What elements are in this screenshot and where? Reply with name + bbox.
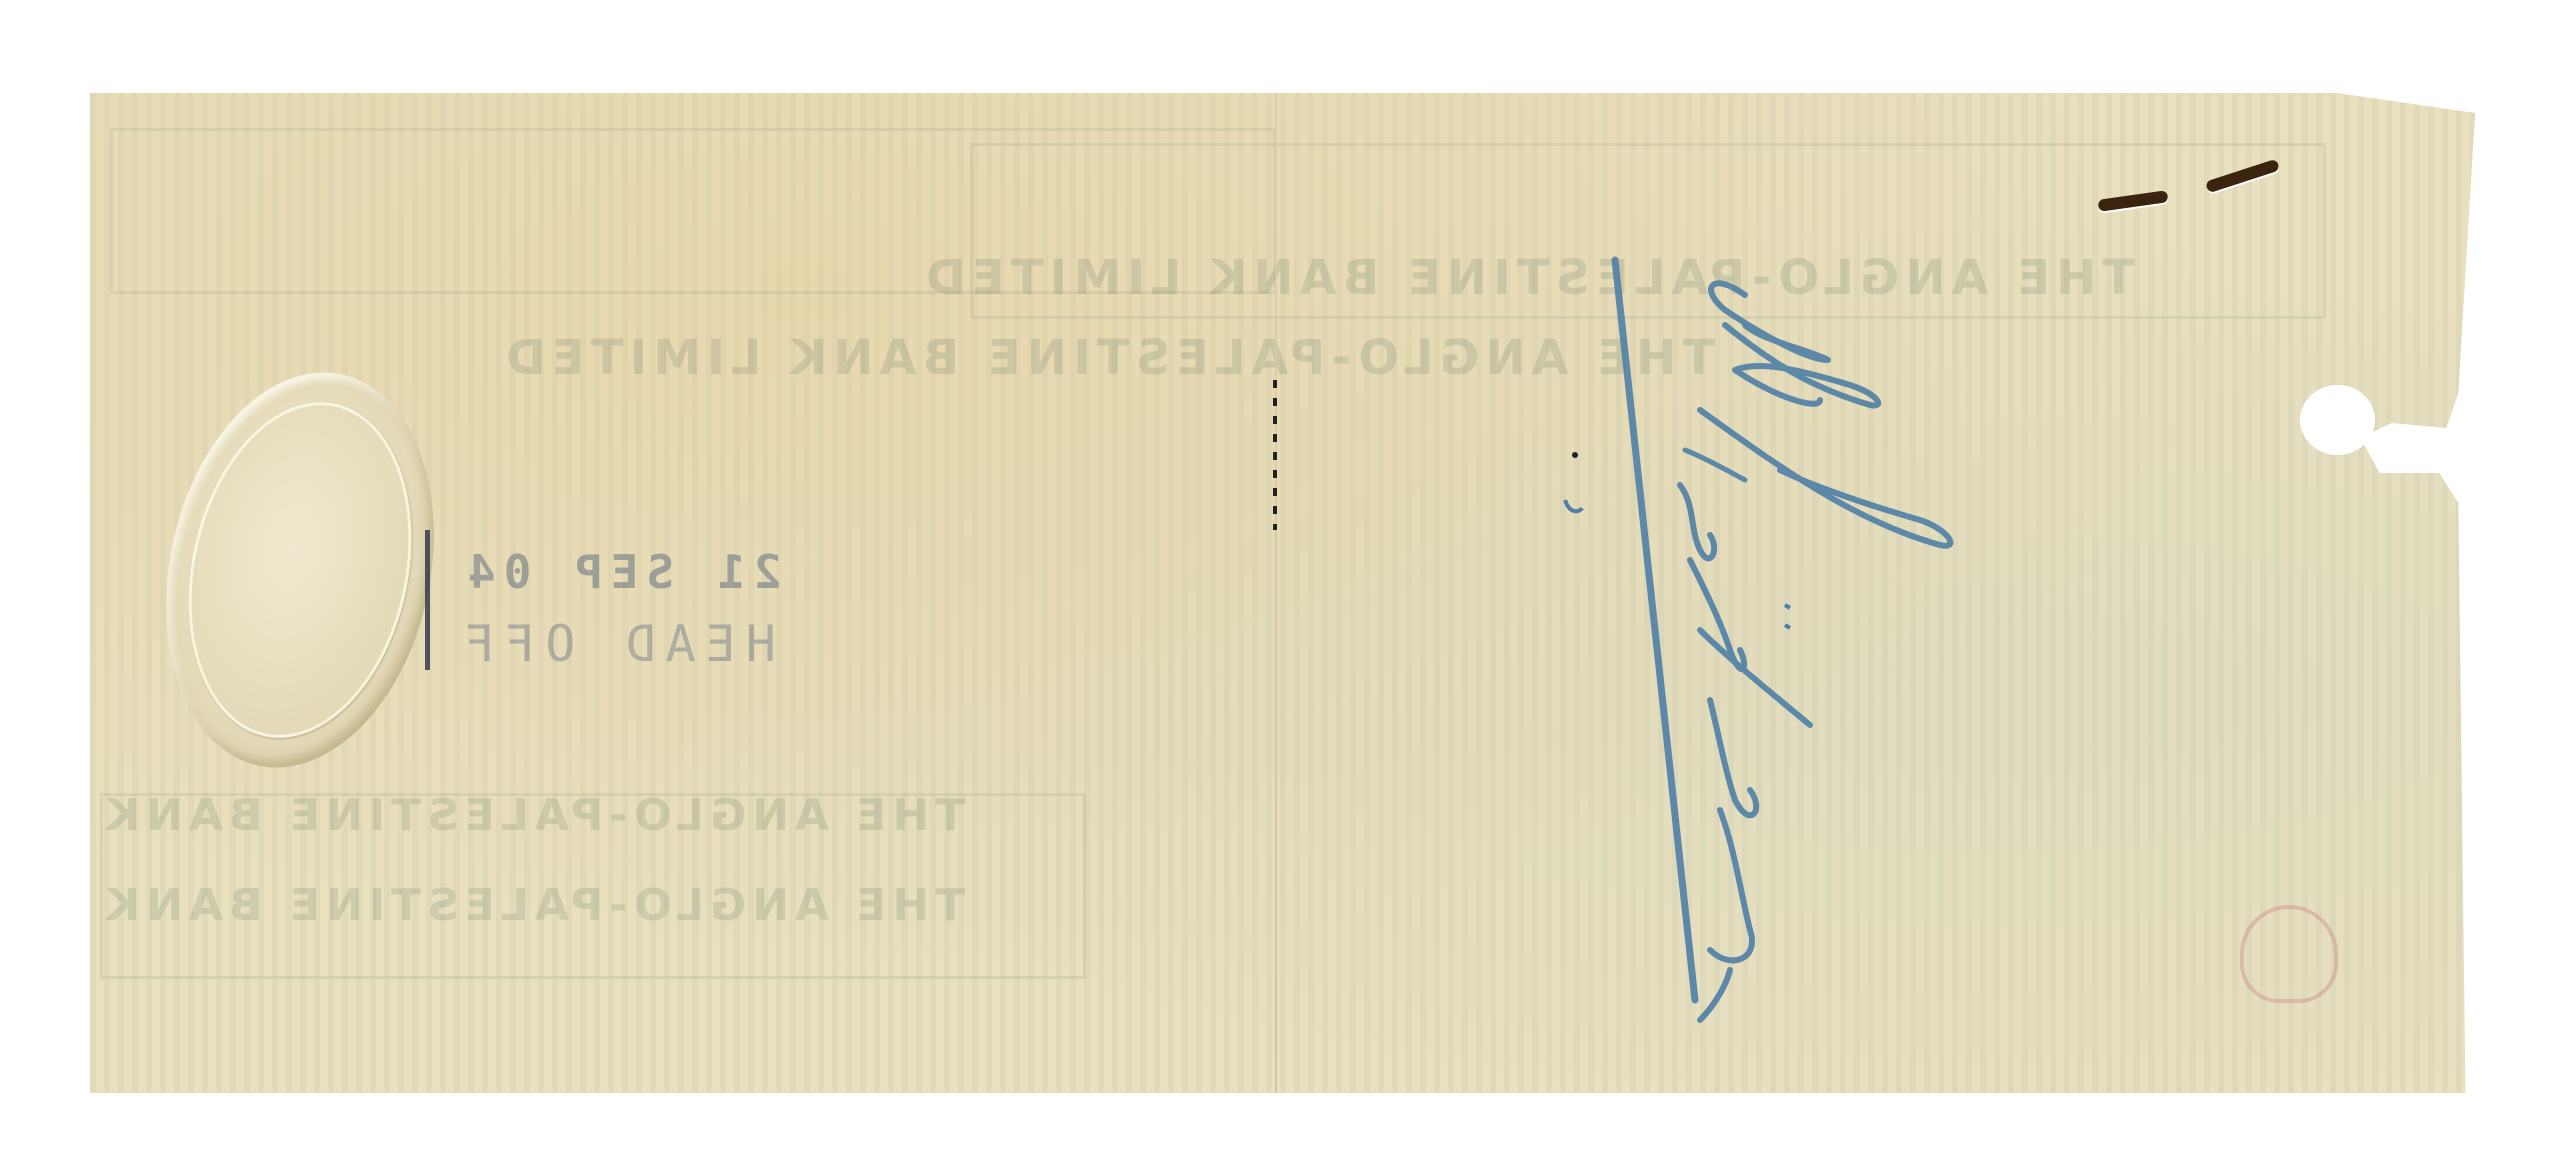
red-ink-mark: [2240, 905, 2338, 1003]
fold-crease: [1275, 93, 1277, 1093]
show-through-text: THE ANGLO-PALESTINE BANK: [100, 790, 965, 841]
perforation-marks: [1273, 380, 1277, 530]
show-through-text: THE ANGLO-PALESTINE BANK: [100, 880, 965, 931]
bank-stamp-place: HEAD OFF: [455, 615, 776, 673]
bank-stamp-date: 21 SEP 04: [460, 545, 781, 599]
punch-hole: [2300, 385, 2375, 455]
